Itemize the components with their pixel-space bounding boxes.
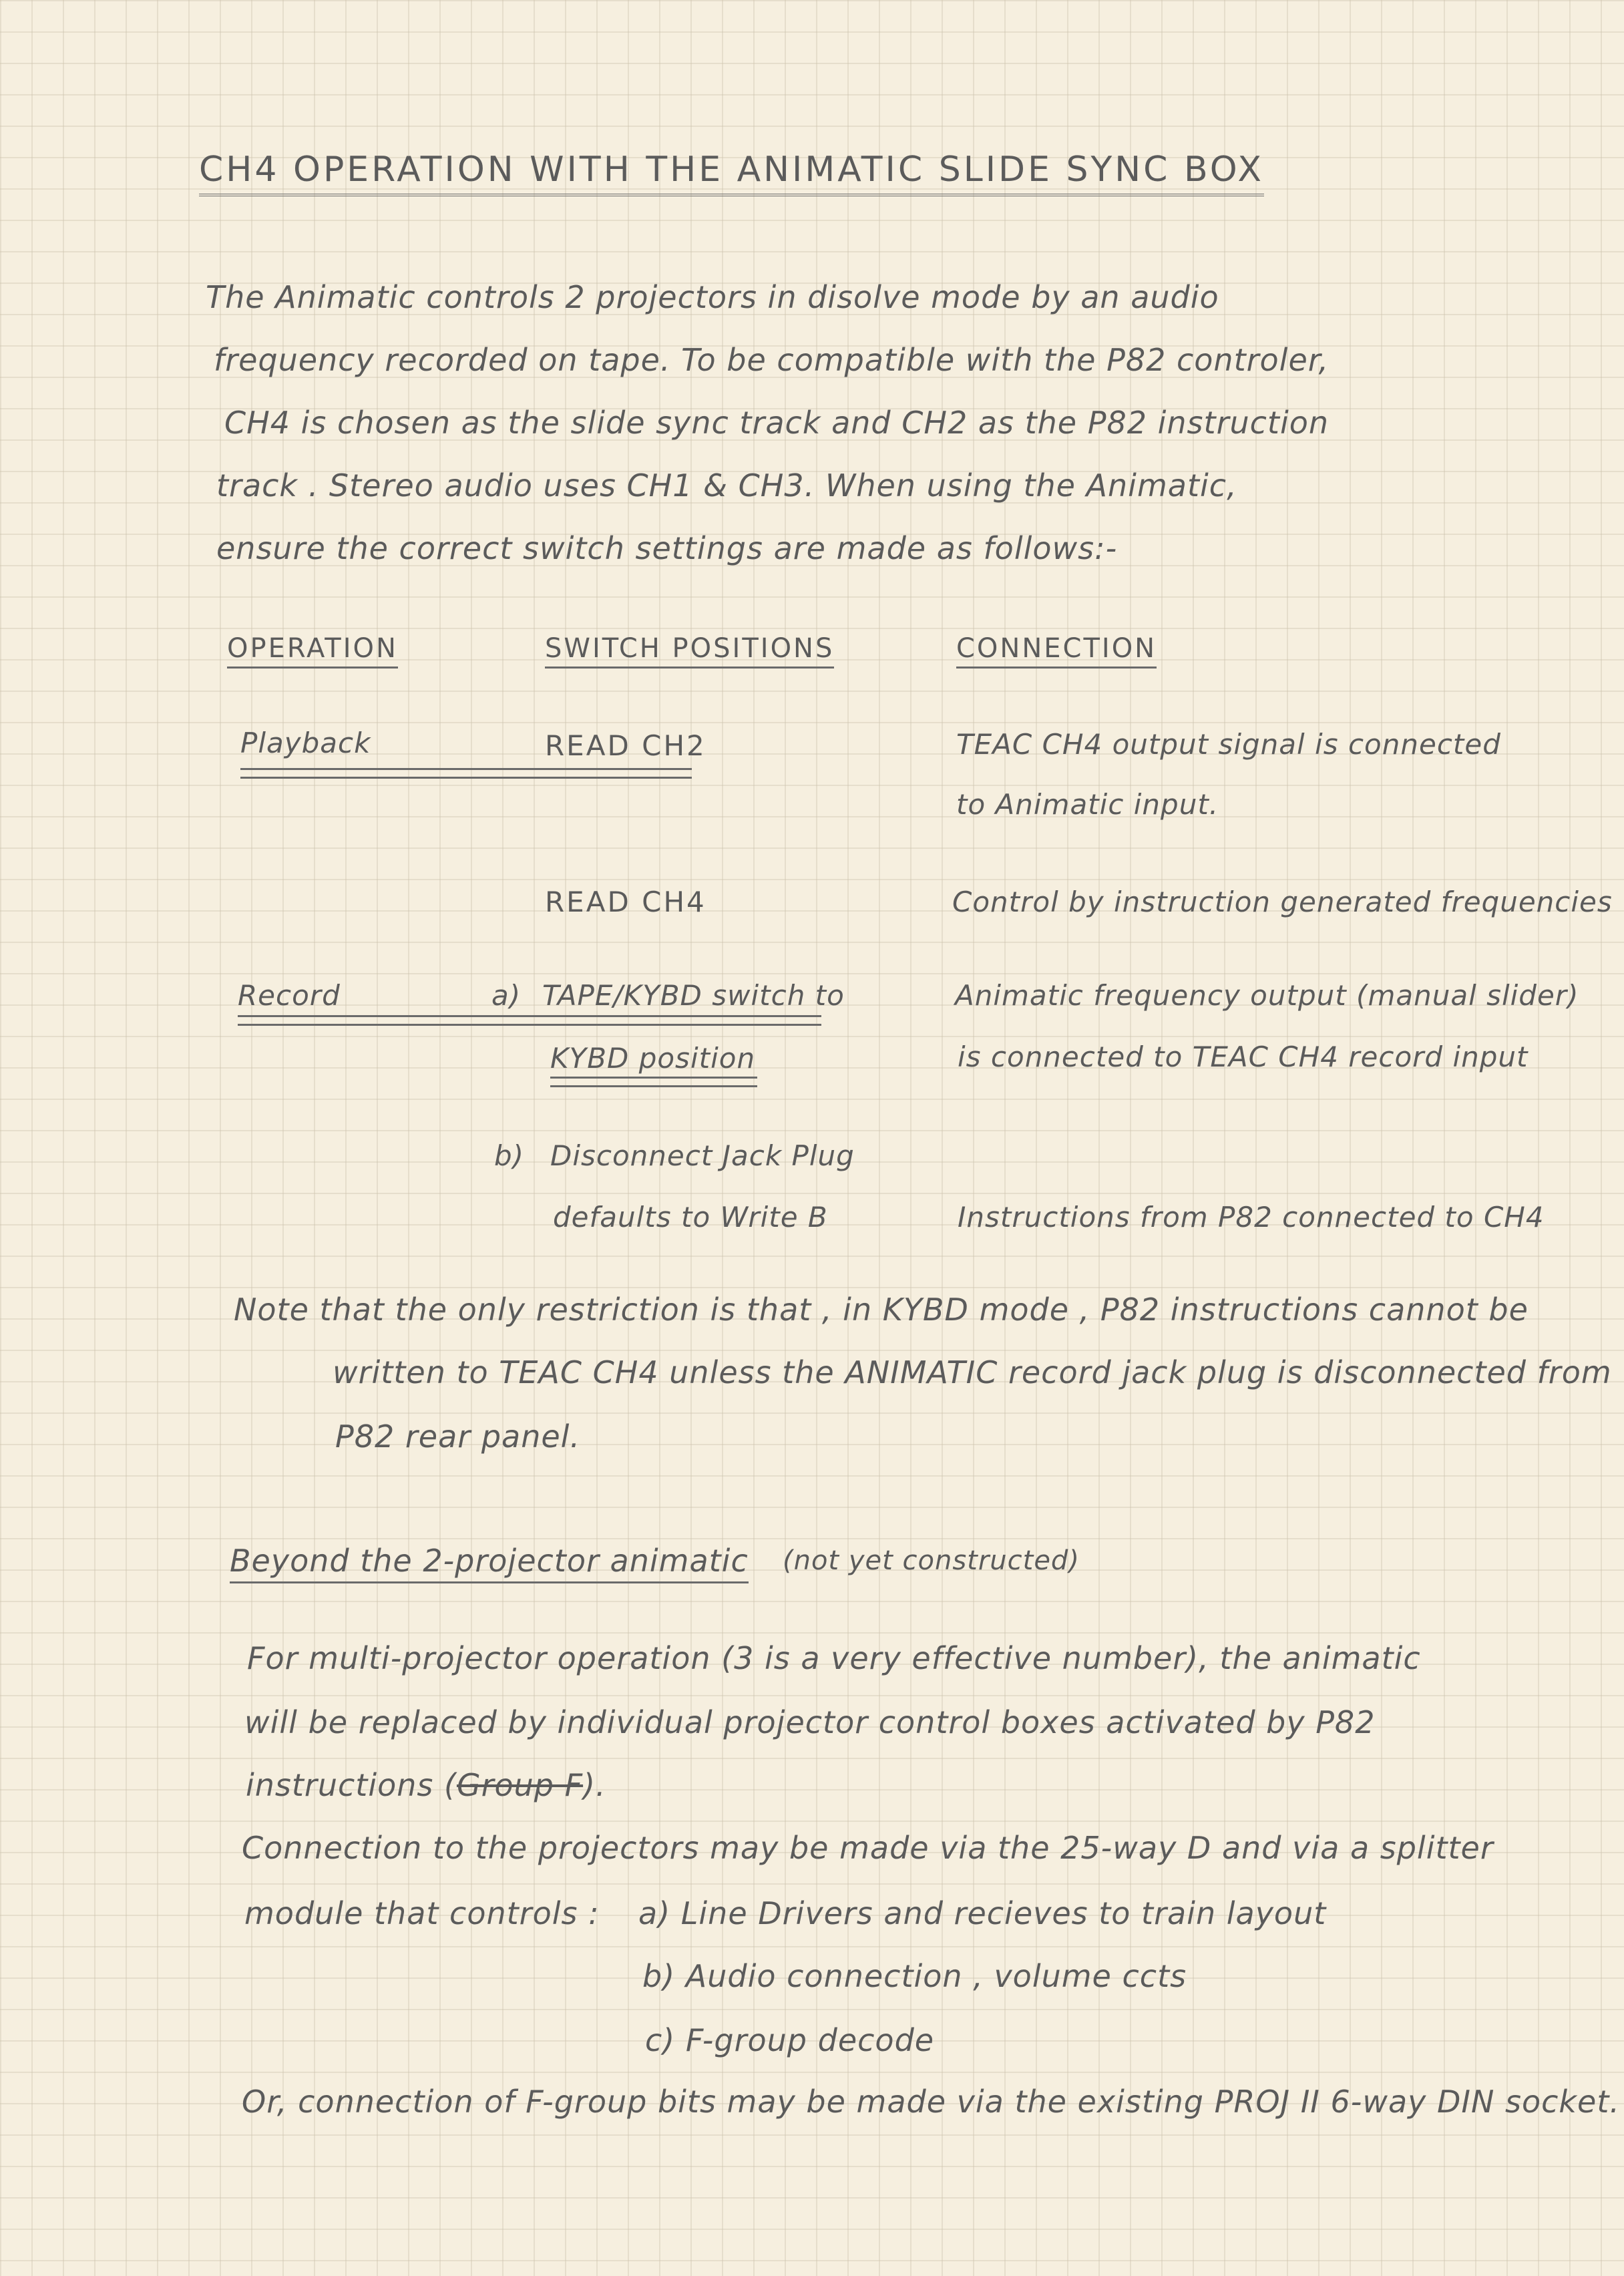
para-text: instructions ( xyxy=(246,1767,457,1803)
connection-text: Animatic frequency output (manual slider… xyxy=(955,979,1579,1012)
list-item: c) F-group decode xyxy=(645,2022,934,2058)
connection-text: is connected to TEAC CH4 record input xyxy=(958,1040,1528,1073)
list-item: a) Line Drivers and recieves to train la… xyxy=(638,1895,1326,1931)
para-text: ). xyxy=(583,1767,606,1803)
note-line: Note that the only restriction is that ,… xyxy=(234,1292,1529,1328)
switch-tape-kybd: TAPE/KYBD switch to xyxy=(542,979,845,1012)
list-item: b) Audio connection , volume ccts xyxy=(642,1958,1187,1994)
intro-line: The Animatic controls 2 projectors in di… xyxy=(206,279,1219,315)
column-header-operation: OPERATION xyxy=(227,633,398,669)
item-label-a: a) xyxy=(491,979,521,1012)
section-heading-note: (not yet constructed) xyxy=(783,1545,1080,1576)
operation-record: Record xyxy=(238,979,341,1012)
switch-disconnect-jack: Disconnect Jack Plug xyxy=(550,1139,855,1172)
note-line: P82 rear panel. xyxy=(335,1418,580,1455)
para-line: For multi-projector operation (3 is a ve… xyxy=(247,1640,1421,1676)
para-line: Connection to the projectors may be made… xyxy=(242,1830,1494,1866)
note-line: written to TEAC CH4 unless the ANIMATIC … xyxy=(333,1354,1612,1390)
switch-kybd-position: KYBD position xyxy=(550,1042,755,1075)
item-label-b: b) xyxy=(494,1139,524,1172)
connection-text: TEAC CH4 output signal is connected xyxy=(956,728,1501,761)
intro-line: track . Stereo audio uses CH1 & CH3. Whe… xyxy=(216,467,1237,504)
switch-read-ch4: READ CH4 xyxy=(545,886,706,918)
switch-read-ch2: READ CH2 xyxy=(545,729,706,762)
playback-double-underline xyxy=(240,768,692,779)
connection-text: Instructions from P82 connected to CH4 xyxy=(958,1201,1545,1234)
struck-text: Group F xyxy=(457,1767,583,1803)
column-header-switch-positions: SWITCH POSITIONS xyxy=(545,633,834,669)
record-double-underline xyxy=(238,1015,821,1026)
section-heading: Beyond the 2-projector animatic xyxy=(230,1543,749,1583)
intro-line: CH4 is chosen as the slide sync track an… xyxy=(224,405,1329,441)
intro-line: ensure the correct switch settings are m… xyxy=(216,530,1117,566)
operation-playback: Playback xyxy=(240,727,371,759)
connection-text: Control by instruction generated frequen… xyxy=(952,886,1613,918)
connection-text: to Animatic input. xyxy=(956,788,1219,821)
closing-line: Or, connection of F-group bits may be ma… xyxy=(242,2084,1620,2120)
intro-line: frequency recorded on tape. To be compat… xyxy=(214,342,1329,378)
page-title: CH4 OPERATION WITH THE ANIMATIC SLIDE SY… xyxy=(199,150,1264,196)
para-line: instructions (Group F). xyxy=(246,1767,606,1803)
switch-defaults-write-b: defaults to Write B xyxy=(553,1201,828,1234)
para-line: will be replaced by individual projector… xyxy=(244,1704,1375,1740)
column-header-connection: CONNECTION xyxy=(956,633,1157,669)
para-line: module that controls : xyxy=(244,1895,600,1931)
kybd-double-underline xyxy=(550,1077,757,1087)
